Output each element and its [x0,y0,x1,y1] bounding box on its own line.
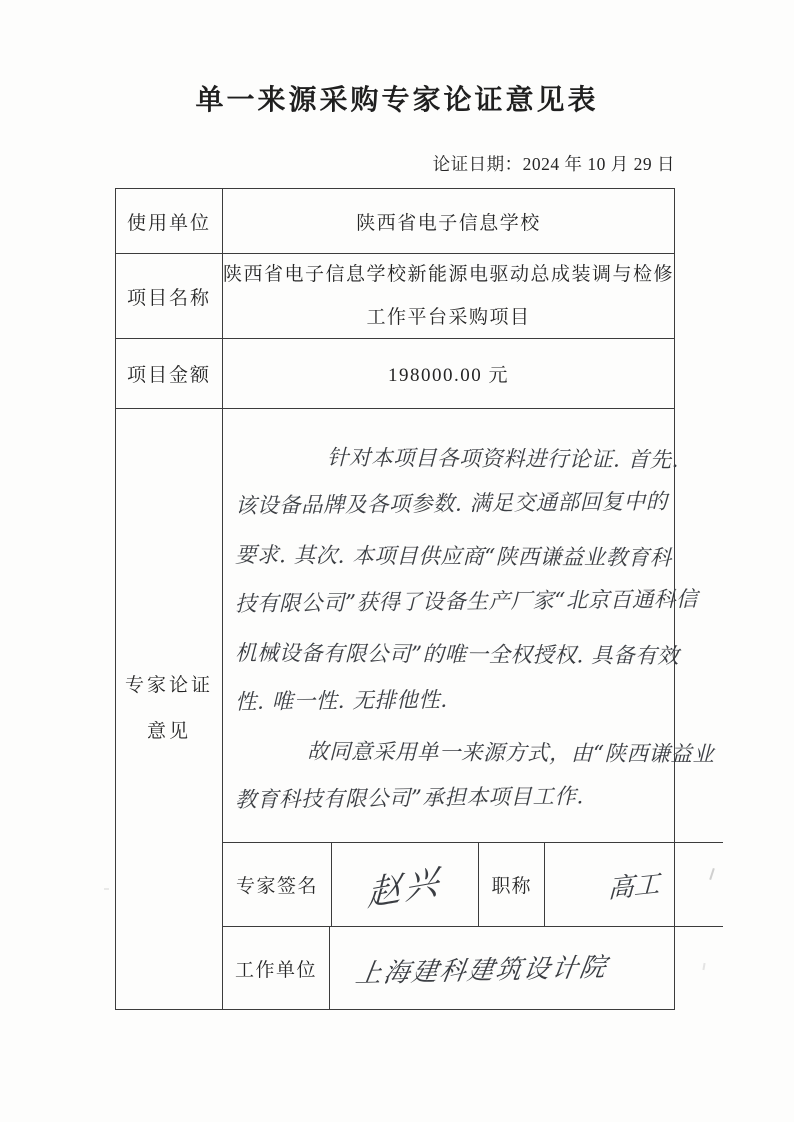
opinion-line: 教育科技有限公司”承担本项目工作. [235,771,715,825]
using-unit-value: 陕西省电子信息学校 [223,189,674,253]
work-unit-handwriting: 上海建科建筑设计院 [353,946,610,990]
professional-title-handwriting: 高工 [607,863,660,906]
table-row: 使用单位 陕西省电子信息学校 [116,189,674,254]
work-unit-row: 工作单位 上海建科建筑设计院 [223,927,723,1009]
work-unit-value: 上海建科建筑设计院 [330,927,723,1009]
verification-date: 论证日期：2024 年 10 月 29 日 [433,151,675,176]
opinion-line: 技有限公司”获得了设备生产厂家“北京百通科信 [235,575,715,629]
expert-opinion-label-line2: 意见 [147,709,191,755]
expert-signature-value: 赵兴 [332,843,479,926]
using-unit-label: 使用单位 [116,189,223,253]
project-name-line1: 陕西省电子信息学校新能源电驱动总成装调与检修 [223,253,674,296]
project-amount-value: 198000.00 元 [223,339,674,408]
expert-opinion-label: 专家论证 意见 [116,409,223,1009]
project-name-value: 陕西省电子信息学校新能源电驱动总成装调与检修 工作平台采购项目 [223,254,674,338]
project-amount-label: 项目金额 [116,339,223,408]
work-unit-label: 工作单位 [223,927,330,1009]
project-name-line2: 工作平台采购项目 [366,296,530,339]
scan-artifact [104,888,109,890]
professional-title-value: 高工 [545,843,723,926]
opinion-line: 性. 唯一性. 无排他性. [235,673,715,727]
scanned-document-page: 单一来源采购专家论证意见表 论证日期：2024 年 10 月 29 日 使用单位… [0,0,794,1122]
handwritten-opinion: 针对本项目各项资料进行论证. 首先. 该设备品牌及各项参数. 满足交通部回复中的… [223,409,723,843]
signature-row: 专家签名 赵兴 职称 高工 [223,843,723,927]
expert-signature-label: 专家签名 [223,843,332,926]
expert-opinion-row: 专家论证 意见 针对本项目各项资料进行论证. 首先. 该设备品牌及各项参数. 满… [116,409,674,1009]
opinion-line: 该设备品牌及各项参数. 满足交通部回复中的 [235,477,715,531]
project-name-label: 项目名称 [116,254,223,338]
page-title: 单一来源采购专家论证意见表 [0,78,794,118]
table-row: 项目金额 198000.00 元 [116,339,674,409]
table-row: 项目名称 陕西省电子信息学校新能源电驱动总成装调与检修 工作平台采购项目 [116,254,674,339]
signature-handwriting: 赵兴 [367,853,444,916]
expert-opinion-label-line1: 专家论证 [125,663,213,709]
opinion-form-table: 使用单位 陕西省电子信息学校 项目名称 陕西省电子信息学校新能源电驱动总成装调与… [115,188,675,1010]
expert-opinion-content: 针对本项目各项资料进行论证. 首先. 该设备品牌及各项参数. 满足交通部回复中的… [223,409,723,1009]
professional-title-label: 职称 [479,843,545,926]
